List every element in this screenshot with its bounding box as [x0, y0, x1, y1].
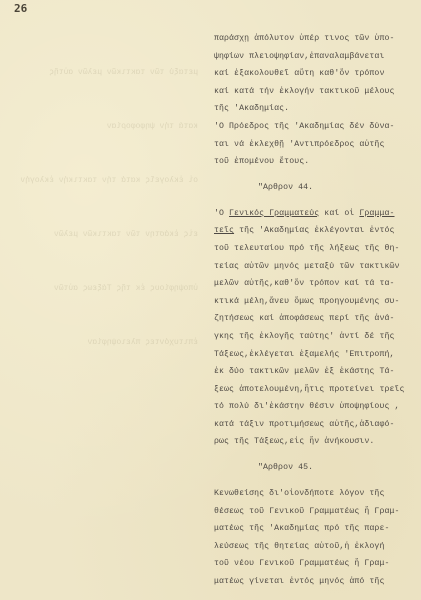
bleed-line: κατά τήν ψηφοφορίαν [18, 118, 198, 136]
text-line: τό πολύ δι'ἑκάστην θέσιν ὑποψηφίους , [214, 398, 419, 416]
text-line: τοῦ ἑπομένου ἔτους. [214, 153, 419, 171]
underlined-term-general-secretary: Γενικός Γραμματεύς [229, 209, 319, 218]
bleed-line: οἱ ἐκλογεῖς κατά τήν τακτικήν ἐκλογήν [18, 172, 198, 190]
text-line: 'Ο Πρόεδρος τῆς 'Ακαδημίας δέν δύνα- [214, 118, 419, 136]
typed-text-column: παράσχῃ ἀπόλυτον ὑπέρ τινος τῶν ὑπο- ψηφ… [214, 30, 419, 591]
text-line: γκης τῆς ἐκλογῆς ταύτης' ἀντί δέ τῆς [214, 328, 419, 346]
text-line: κτικά μέλη,ἄνευ ὅμως προηγουμένης συ- [214, 293, 419, 311]
text-line: λεύσεως τῆς θητείας αὐτοῦ,ἡ ἐκλογή [214, 538, 419, 556]
text-line: παράσχῃ ἀπόλυτον ὑπέρ τινος τῶν ὑπο- [214, 30, 419, 48]
underlined-term-secretaries-cont: τεῖς [214, 226, 234, 235]
text-line: Τάξεως,ἐκλέγεται ἑξαμελής 'Επιτροπή, [214, 346, 419, 364]
text-line: τείας αὐτῶν μηνός μεταξύ τῶν τακτικῶν [214, 258, 419, 276]
article-44-second-line: τεῖς τῆς 'Ακαδημίας ἐκλέγονται ἐντός [214, 222, 419, 240]
text-line: ματέως γίνεται ἐντός μηνός ἀπό τῆς [214, 573, 419, 591]
bleed-line: μεταξύ τῶν τακτικῶν μελῶν αὐτῆς [18, 64, 198, 82]
bleed-line: ἐπιτυχόντες πλειοψηφίαν [18, 334, 198, 352]
text-fragment: καί οἱ [319, 209, 359, 218]
text-line: ρως τῆς Τάξεως,εἰς ἥν ἀνήκουσιν. [214, 433, 419, 451]
text-line: ξεως ἀποτελουμένη,ἥτις προτείνει τρεῖς [214, 381, 419, 399]
reverse-side-bleed-through: μεταξύ τῶν τακτικῶν μελῶν αὐτῆς κατά τήν… [18, 28, 198, 588]
text-fragment: τῆς 'Ακαδημίας ἐκλέγονται ἐντός [234, 226, 394, 235]
text-line: ματέως τῆς 'Ακαδημίας πρό τῆς παρε- [214, 520, 419, 538]
text-line: ται νά ἐκλεχθῇ 'Αντιπρόεδρος αὐτῆς [214, 136, 419, 154]
article-44-first-line: 'Ο Γενικός Γραμματεύς καί οἱ Γραμμα- [214, 205, 419, 223]
article-45-heading: "Αρθρον 45. [214, 457, 419, 485]
underlined-term-secretaries: Γραμμα- [359, 209, 394, 218]
bleed-line: εἰς ἑκάστην τῶν τακτικῶν μελῶν [18, 226, 198, 244]
text-line: τῆς 'Ακαδημίας. [214, 100, 419, 118]
text-line: ζητήσεως καί ἀποφάσεως περί τῆς ἀνά- [214, 310, 419, 328]
text-line: κατά τάξιν προτιμήσεως αὐτῆς,ἀδιαφό- [214, 416, 419, 434]
page-number: 26 [14, 2, 27, 15]
text-line: καί ἐξακολουθεῖ αὕτη καθ'ὅν τρόπον [214, 65, 419, 83]
text-line: τοῦ τελευταίου πρό τῆς λήξεως τῆς θη- [214, 240, 419, 258]
text-line: μελῶν αὐτῆς,καθ'ὅν τρόπον καί τά τα- [214, 275, 419, 293]
text-line: θέσεως τοῦ Γενικοῦ Γραμματέως ἤ Γραμ- [214, 503, 419, 521]
article-44-heading: "Αρθρον 44. [214, 177, 419, 205]
bleed-line: ὑποψηφίους ἐκ τῆς Τάξεως αὐτῶν [18, 280, 198, 298]
document-page: μεταξύ τῶν τακτικῶν μελῶν αὐτῆς κατά τήν… [0, 0, 421, 600]
text-fragment: 'Ο [214, 209, 229, 218]
text-line: Κενωθείσης δι'οἱονδήποτε λόγον τῆς [214, 485, 419, 503]
text-line: ἐκ δύο τακτικῶν μελῶν ἐξ ἑκάστης Τά- [214, 363, 419, 381]
text-line: ψηφίων πλειοψηφίαν,ἐπαναλαμβάνεται [214, 48, 419, 66]
text-line: καί κατά τήν ἐκλογήν τακτικοῦ μέλους [214, 83, 419, 101]
text-line: τοῦ νέου Γενικοῦ Γραμματέως ἤ Γραμ- [214, 555, 419, 573]
